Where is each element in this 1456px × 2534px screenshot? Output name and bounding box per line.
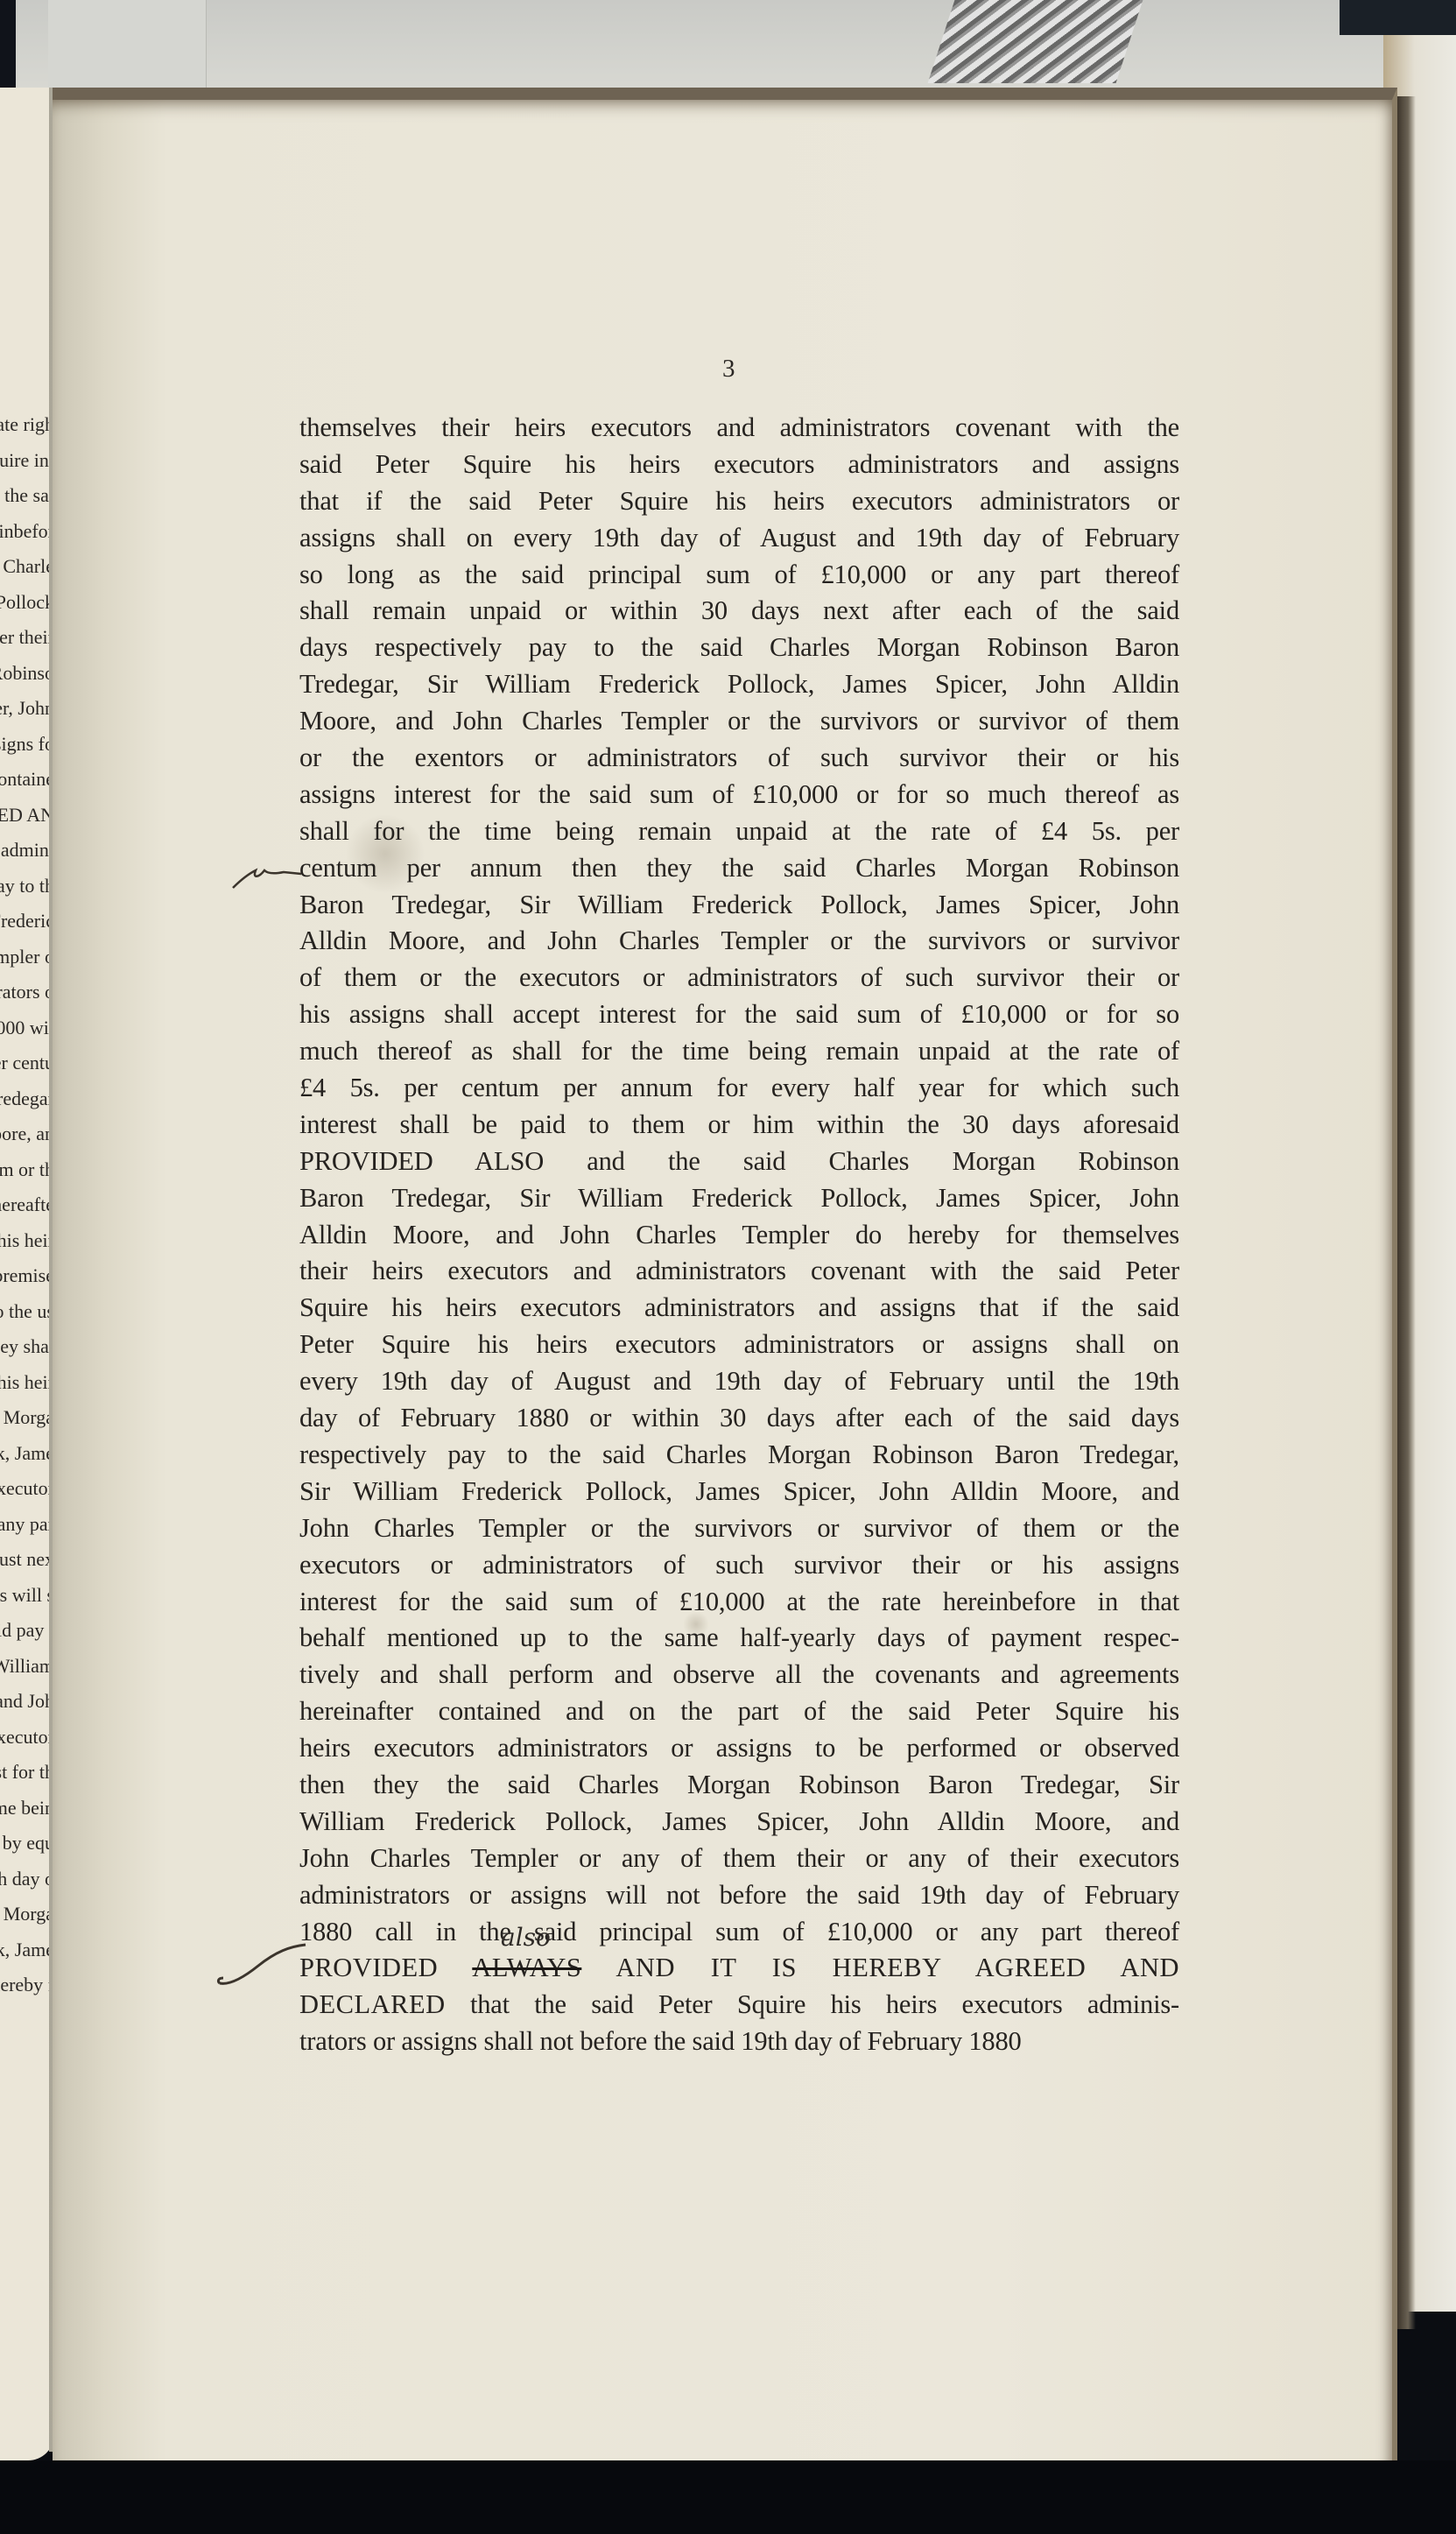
text-line: 1880 call in the said principal sum of £… [299,1914,1179,1951]
facing-page-fragment: empler o [0,940,54,975]
text-line: every 19th day of August and 19th day of… [299,1363,1179,1400]
facing-page-fragment: gust nex [0,1542,54,1578]
text-line-provided: PROVIDED ALWAYS AND IT IS HEREBY AGREED … [299,1950,1179,1987]
facing-page-fragment: thereafte [0,1187,54,1223]
margin-caret-mark-icon [215,1939,311,1992]
text-line: much thereof as shall for the time being… [299,1033,1179,1070]
facing-page-fragment: er centu [0,1045,54,1081]
text-line: interest shall be paid to them or him wi… [299,1107,1179,1144]
background-dark-corner-right [1340,0,1456,35]
background-table-dark [0,2460,1456,2534]
facing-page-fragment: uire int [0,443,54,479]
text-line: heirs executors administrators or assign… [299,1730,1179,1767]
facing-page-fragment: to the us [0,1294,54,1330]
facing-page-fragment: ors will s [0,1578,54,1614]
facing-page-fragment: l Charle [0,549,54,585]
text-line: behalf mentioned up to the same half-yea… [299,1620,1179,1657]
facing-page-fragment: his heir [0,1223,54,1259]
text-line: centum per annum then they the said Char… [299,850,1179,887]
text-line: or the exentors or administrators of suc… [299,740,1179,777]
text-line: administrators or assigns will not befor… [299,1877,1179,1914]
facing-page-fragment: and Joh [0,1684,54,1720]
text-line: hereinafter contained and on the part of… [299,1693,1179,1730]
text-line: Baron Tredegar, Sir William Frederick Po… [299,1180,1179,1217]
facing-page-fragment: they shal [0,1329,54,1365]
document-body: themselves their heirs executors and adm… [299,410,1179,2060]
text-line-declared: DECLARED that the said Peter Squire his … [299,1987,1179,2024]
text-line: Alldin Moore, and John Charles Templer d… [299,1217,1179,1254]
facing-page-fragment: ler their [0,620,54,656]
facing-page-fragment: pay to th [0,869,54,904]
facing-page-fragment: ate righ [0,407,54,443]
facing-page-fragment: ED AN [0,798,54,834]
text-line: Sir William Frederick Pollock, James Spi… [299,1474,1179,1510]
facing-page-fragment: any par [0,1507,54,1543]
facing-page-fragment: 9th day o [0,1862,54,1897]
margin-tick-mark-icon [229,858,308,893]
handwritten-insertion: also [501,1923,551,1952]
facing-page-fragment: einbefor [0,514,54,550]
facing-page-fragment: the sai [0,478,54,514]
text-line: John Charles Templer or any of them thei… [299,1841,1179,1877]
facing-page-fragment: Tredegar [0,1081,54,1117]
facing-page-fragment: executor [0,1720,54,1756]
text-line: shall remain unpaid or within 30 days ne… [299,593,1179,630]
facing-page-fragment: oore, an [0,1116,54,1152]
text-line: of them or the executors or administrato… [299,960,1179,996]
facing-page-fragment: es Morga [0,1400,54,1436]
text-line: respectively pay to the said Charles Mor… [299,1437,1179,1474]
facing-page-fragment: 000 wit [0,1010,54,1046]
text-line: William Frederick Pollock, James Spicer,… [299,1804,1179,1841]
text-line: PROVIDED ALSO and the said Charles Morga… [299,1144,1179,1180]
text-line: day of February 1880 or within 30 days a… [299,1400,1179,1437]
facing-page-fragment: es Morga [0,1897,54,1932]
text-line: his assigns shall accept interest for th… [299,996,1179,1033]
text-line: days respectively pay to the said Charle… [299,630,1179,666]
facing-page-fragment: trators o [0,975,54,1010]
facing-page-fragment: m or th [0,1152,54,1188]
text-line: interest for the said sum of £10,000 at … [299,1584,1179,1621]
text-line: assigns interest for the said sum of £10… [299,777,1179,813]
text-line-final: trators or assigns shall not before the … [299,2024,1179,2060]
facing-page-fragment: Pollock [0,585,54,621]
facing-page-fragment: his heir [0,1365,54,1401]
facing-page-text: ate righuire intthe saieinbeforl CharleP… [0,407,54,2003]
facing-page-fragment: aid pay t [0,1613,54,1649]
text-line: shall for the time being remain unpaid a… [299,813,1179,850]
text-line: that if the said Peter Squire his heirs … [299,483,1179,520]
background-table [0,0,1456,96]
text-line: tively and shall perform and observe all… [299,1657,1179,1693]
text-line: said Peter Squire his heirs executors ad… [299,447,1179,483]
facing-page-fragment: hereby f [0,1967,54,2003]
text-line: Baron Tredegar, Sir William Frederick Po… [299,887,1179,924]
struck-word: ALWAYS [472,1953,581,1982]
text-line: John Charles Templer or the survivors or… [299,1510,1179,1547]
facing-page-fragment: Frederic [0,904,54,940]
facing-page-fragment: s admini [0,833,54,869]
page-number: 3 [722,355,735,384]
text-line: themselves their heirs executors and adm… [299,410,1179,447]
text-line: Squire his heirs executors administrator… [299,1290,1179,1327]
text-line: Moore, and John Charles Templer or the s… [299,703,1179,740]
facing-page: ate righuire intthe saieinbeforl CharleP… [0,88,54,2460]
text-line: then they the said Charles Morgan Robins… [299,1767,1179,1804]
facing-page-fragment: executor [0,1471,54,1507]
text-line: executors or administrators of such surv… [299,1547,1179,1584]
background-photo-strip [928,0,1143,83]
facing-page-fragment: time bein [0,1791,54,1827]
page-stack-shadow [1396,96,1416,2329]
facing-page-fragment: William [0,1649,54,1685]
facing-page-fragment: containe [0,762,54,798]
text-line: their heirs executors and administrators… [299,1253,1179,1290]
text-lines: themselves their heirs executors and adm… [299,410,1179,1950]
facing-page-fragment: premise [0,1258,54,1294]
text-line: so long as the said principal sum of £10… [299,557,1179,594]
text-line: £4 5s. per centum per annum for every ha… [299,1070,1179,1107]
facing-page-fragment: er, John [0,691,54,727]
text-line: assigns shall on every 19th day of Augus… [299,520,1179,557]
facing-page-fragment: est for th [0,1755,54,1791]
text-line: Peter Squire his heirs executors adminis… [299,1327,1179,1363]
background-dark-corner [0,0,16,96]
facing-page-fragment: Robinso [0,656,54,692]
facing-page-fragment: ck, Jame [0,1436,54,1472]
text-line: Tredegar, Sir William Frederick Pollock,… [299,666,1179,703]
text-line: Alldin Moore, and John Charles Templer o… [299,923,1179,960]
background-card [48,0,207,101]
facing-page-fragment: ck, Jame [0,1932,54,1968]
facing-page-fragment: n by equ [0,1826,54,1862]
facing-page-fragment: ssigns fo [0,727,54,763]
